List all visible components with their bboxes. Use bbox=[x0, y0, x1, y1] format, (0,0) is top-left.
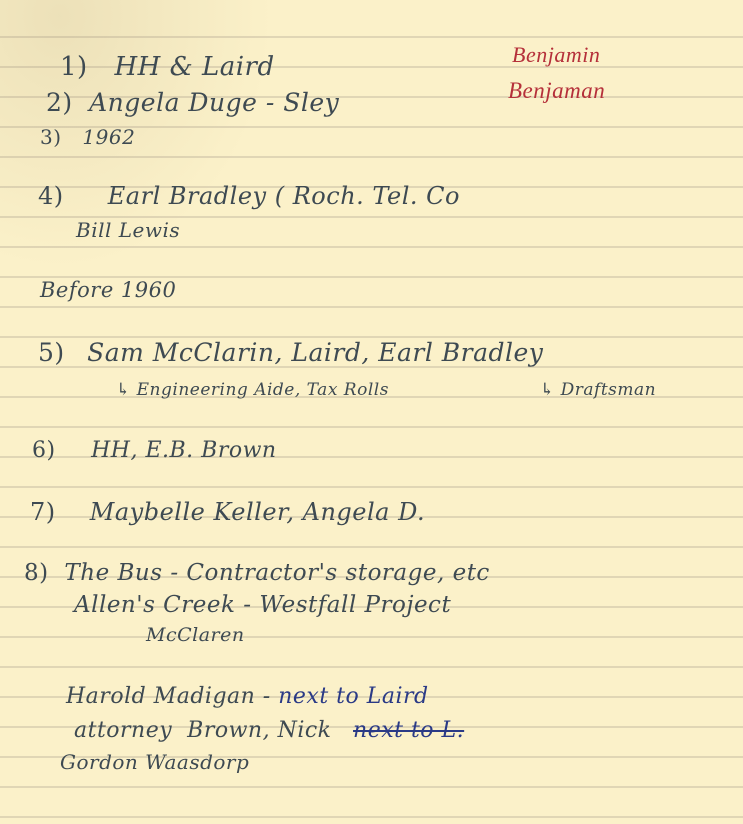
item-3-number: 3) bbox=[40, 125, 62, 149]
item-3-text: 1962 bbox=[82, 125, 135, 149]
item-8-line3: McClaren bbox=[146, 624, 245, 646]
item-1-text: HH & Laird bbox=[114, 52, 274, 82]
item-4-text: Earl Bradley ( Roch. Tel. Co bbox=[108, 182, 460, 210]
item-1-number: 1) bbox=[60, 52, 88, 82]
item-5: 5) Sam McClarin, Laird, Earl Bradley bbox=[38, 338, 543, 367]
item-8-text: The Bus - Contractor's storage, etc bbox=[64, 560, 489, 586]
footer-line-1-pencil: Harold Madigan - bbox=[66, 684, 271, 709]
footer-line-1: Harold Madigan - next to Laird bbox=[66, 684, 429, 709]
item-4-number: 4) bbox=[38, 182, 64, 210]
footer-line-2-pencil: attorney Brown, Nick bbox=[74, 718, 332, 743]
footer-line-3: Gordon Waasdorp bbox=[60, 750, 249, 774]
item-6: 6) HH, E.B. Brown bbox=[32, 438, 277, 463]
item-4-sub: Bill Lewis bbox=[76, 218, 180, 242]
item-8: 8) The Bus - Contractor's storage, etc bbox=[24, 560, 490, 586]
item-8-line2: Allen's Creek - Westfall Project bbox=[74, 592, 451, 618]
notepad-page: Benjamin Benjaman 1) HH & Laird 2) Angel… bbox=[0, 0, 743, 824]
item-7: 7) Maybelle Keller, Angela D. bbox=[30, 498, 425, 526]
footer-line-2: attorney Brown, Nick next to L. bbox=[74, 718, 464, 743]
item-5-sub-left: ↳ Engineering Aide, Tax Rolls bbox=[116, 380, 389, 400]
item-8-number: 8) bbox=[24, 560, 49, 586]
margin-note-benjamin: Benjamin bbox=[512, 42, 600, 68]
margin-note-benjaman: Benjaman bbox=[508, 78, 605, 104]
item-1: 1) HH & Laird bbox=[60, 52, 275, 82]
item-6-number: 6) bbox=[32, 438, 56, 463]
item-3: 3) 1962 bbox=[40, 125, 135, 149]
item-5-text: Sam McClarin, Laird, Earl Bradley bbox=[87, 338, 543, 367]
item-7-number: 7) bbox=[30, 498, 56, 526]
section-heading-before-1960: Before 1960 bbox=[40, 278, 176, 302]
item-6-text: HH, E.B. Brown bbox=[91, 438, 277, 463]
item-5-sub-right: ↳ Draftsman bbox=[540, 380, 656, 400]
item-7-text: Maybelle Keller, Angela D. bbox=[90, 498, 425, 526]
item-2-text: Angela Duge - Sley bbox=[89, 88, 339, 117]
item-4: 4) Earl Bradley ( Roch. Tel. Co bbox=[38, 182, 460, 210]
item-5-number: 5) bbox=[38, 338, 65, 367]
item-2: 2) Angela Duge - Sley bbox=[46, 88, 339, 117]
footer-line-2-struck: next to L. bbox=[353, 718, 464, 743]
item-2-number: 2) bbox=[46, 88, 73, 117]
footer-line-1-blue: next to Laird bbox=[278, 684, 428, 709]
